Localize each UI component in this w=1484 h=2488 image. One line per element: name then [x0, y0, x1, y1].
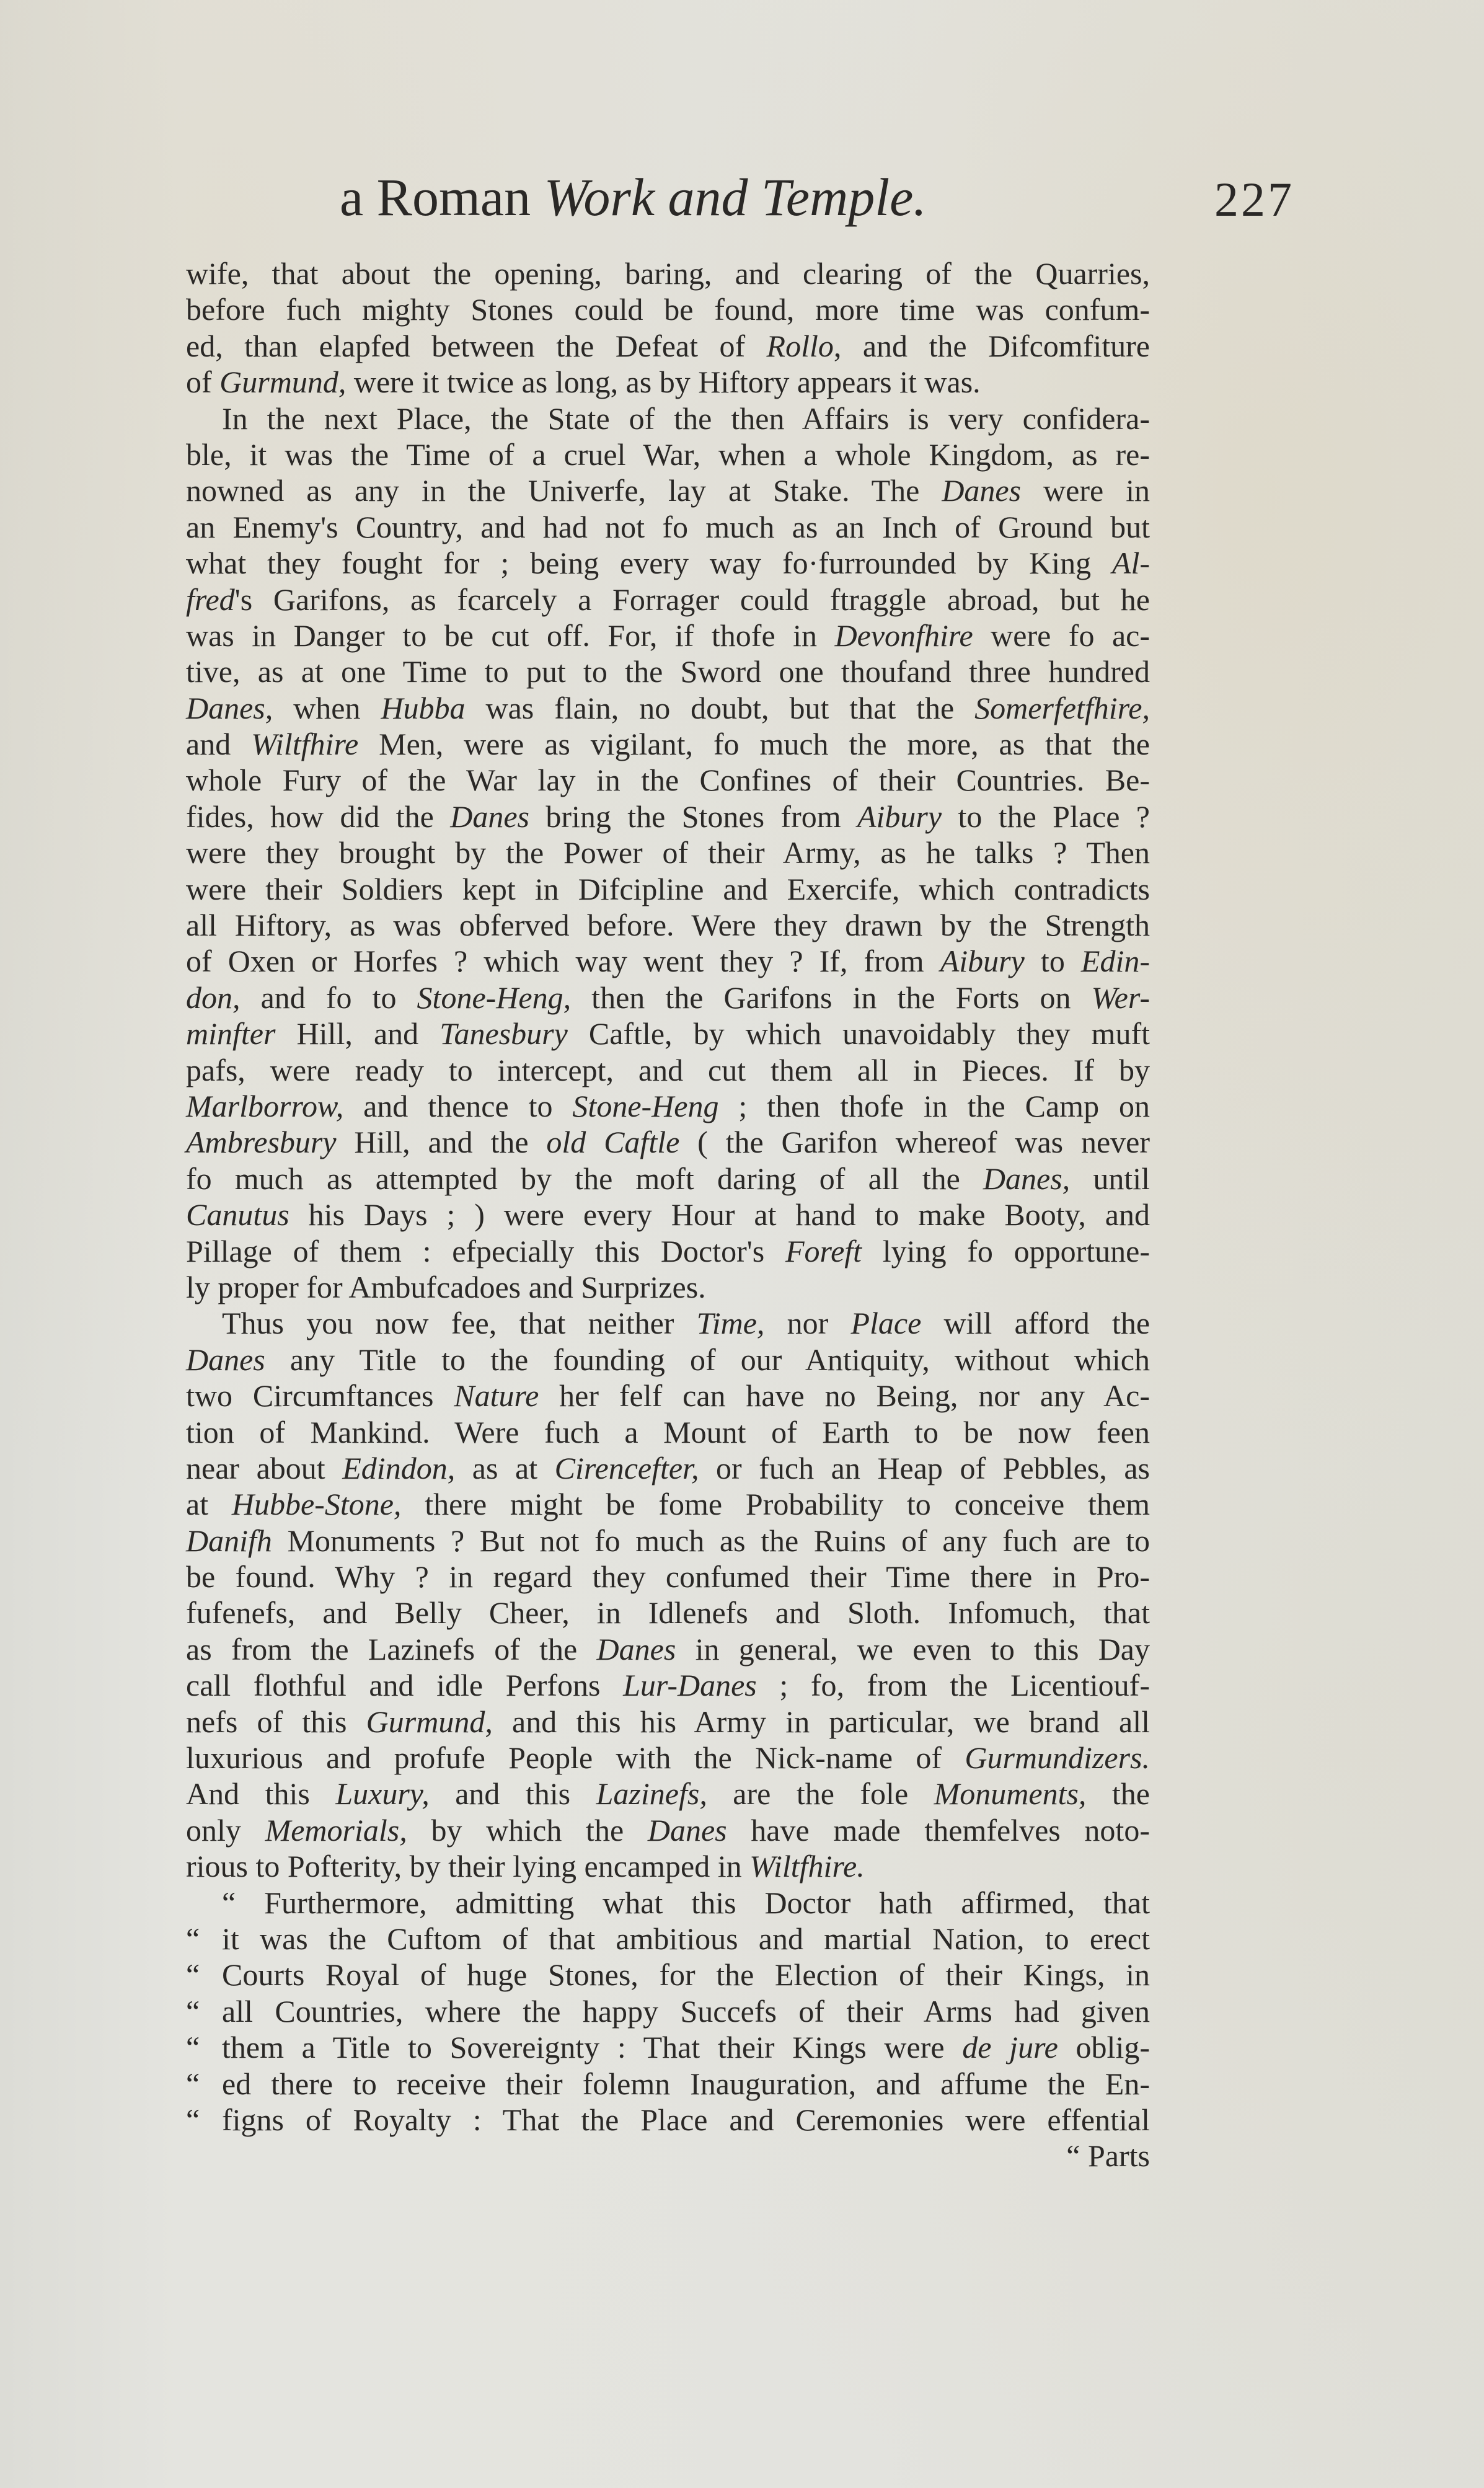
italic-text: old Caftle	[546, 1125, 679, 1159]
italic-text: fred	[186, 582, 235, 617]
text-line: nowned as any in the Univerfe, lay at St…	[186, 472, 1150, 508]
text-line: was in Danger to be cut off. For, if tho…	[186, 618, 1150, 653]
roman-text: the	[1086, 1776, 1150, 1811]
italic-text: Danes	[648, 1813, 727, 1848]
roman-text: oblig-	[1058, 2030, 1150, 2065]
italic-text: Edindon,	[342, 1451, 455, 1485]
italic-text: Edin-	[1081, 944, 1150, 978]
italic-text: don,	[186, 980, 241, 1015]
roman-text: and this	[430, 1776, 596, 1811]
roman-text: Courts Royal of huge Stones, for the Ele…	[222, 1957, 1150, 1992]
quote-mark: “	[186, 1957, 200, 1993]
italic-text: minfter	[186, 1016, 275, 1051]
roman-text: by which the	[407, 1813, 648, 1848]
roman-text: her felf can have no Being, nor any Ac-	[539, 1378, 1150, 1413]
italic-text: Wer-	[1092, 980, 1150, 1015]
roman-text: what they fought for ; being every way f…	[186, 546, 1112, 580]
roman-text: all Hiftory, as was obferved before. Wer…	[186, 908, 1150, 942]
roman-text: and thence to	[343, 1089, 572, 1123]
text-line: “all Countries, where the happy Succefs …	[186, 1993, 1150, 2029]
roman-text: it was the Cuftom of that ambitious and …	[222, 1921, 1150, 1956]
roman-text: In the next Place, the State of the then…	[222, 401, 1150, 436]
text-line: ly proper for Ambufcadoes and Surprizes.	[186, 1269, 1150, 1305]
text-line: Canutus his Days ; ) were every Hour at …	[186, 1197, 1150, 1233]
text-line: fo much as attempted by the moft daring …	[186, 1161, 1150, 1197]
italic-text: Danifh	[186, 1523, 272, 1558]
italic-text: Danes	[450, 799, 529, 834]
italic-text: Tanesbury	[439, 1016, 568, 1051]
roman-text: or fuch an Heap of Pebbles, as	[699, 1451, 1150, 1485]
roman-text: of Oxen or Horfes ? which way went they …	[186, 944, 940, 978]
text-line: Danes any Title to the founding of our A…	[186, 1342, 1150, 1378]
roman-text: , and the Difcomfiture	[834, 329, 1150, 363]
text-line: before fuch mighty Stones could be found…	[186, 291, 1150, 327]
text-line: rious to Pofterity, by their lying encam…	[186, 1848, 1150, 1884]
italic-text: Aibury	[857, 799, 942, 834]
italic-text: Danes	[597, 1632, 676, 1667]
text-line: tion of Mankind. Were fuch a Mount of Ea…	[186, 1414, 1150, 1450]
roman-text: and fo to	[241, 980, 417, 1015]
text-line: Pillage of them : efpecially this Doctor…	[186, 1233, 1150, 1269]
text-line: only Memorials, by which the Danes have …	[186, 1812, 1150, 1848]
quote-mark: “	[186, 1993, 200, 2029]
roman-text: any Title to the founding of our Antiqui…	[265, 1342, 1150, 1377]
italic-text: Wiltfhire	[251, 727, 358, 761]
italic-text: Place	[850, 1306, 921, 1340]
roman-text: tion of Mankind. Were fuch a Mount of Ea…	[186, 1415, 1150, 1450]
roman-text: then the Garifons in the Forts on	[571, 980, 1092, 1015]
roman-text: was flain, no doubt, but that the	[466, 691, 975, 725]
italic-text: de jure	[962, 2030, 1058, 2065]
text-line: “figns of Royalty : That the Place and C…	[186, 2102, 1150, 2138]
italic-text: Marlborrow,	[186, 1089, 343, 1123]
roman-text: all Countries, where the happy Succefs o…	[222, 1994, 1150, 2029]
text-line: “Courts Royal of huge Stones, for the El…	[186, 1957, 1150, 1993]
roman-text: fufenefs, and Belly Cheer, in Idlenefs a…	[186, 1595, 1150, 1630]
italic-text: Danes	[942, 473, 1021, 508]
italic-text: Hubbe-Stone,	[232, 1487, 402, 1521]
roman-text: rious to Pofterity, by their lying encam…	[186, 1849, 749, 1884]
roman-text: near about	[186, 1451, 342, 1485]
text-line: don, and fo to Stone-Heng, then the Gari…	[186, 980, 1150, 1016]
italic-text: Monuments,	[934, 1776, 1087, 1811]
roman-text: nowned as any in the Univerfe, lay at St…	[186, 473, 942, 508]
roman-text: as at	[455, 1451, 554, 1485]
roman-text: be found. Why ? in regard they confumed …	[186, 1559, 1150, 1594]
roman-text: ; then thofe in the Camp on	[718, 1089, 1150, 1123]
roman-text: tive, as at one Time to put to the Sword…	[186, 654, 1150, 689]
italic-text: Danes,	[983, 1161, 1070, 1196]
text-line: all Hiftory, as was obferved before. Wer…	[186, 907, 1150, 943]
text-line: In the next Place, the State of the then…	[186, 401, 1150, 436]
text-line: were they brought by the Power of their …	[186, 834, 1150, 870]
roman-text: to the Place ?	[942, 799, 1150, 834]
italic-text: Gurmundizers.	[965, 1740, 1150, 1775]
text-line: minfter Hill, and Tanesbury Caftle, by w…	[186, 1016, 1150, 1051]
text-line: nefs of this Gurmund, and this his Army …	[186, 1704, 1150, 1740]
italic-text: Foreft	[785, 1234, 862, 1268]
running-title: a Roman Work and Temple.	[340, 166, 927, 228]
page-number: 227	[1214, 169, 1294, 231]
italic-text: Danes,	[186, 691, 273, 725]
roman-text: Caftle, by which unavoidably they muft	[568, 1016, 1150, 1051]
roman-text: to	[1025, 944, 1081, 978]
italic-text: Time,	[697, 1306, 765, 1340]
italic-text: Rollo	[767, 329, 834, 363]
text-line: call flothful and idle Perfons Lur-Danes…	[186, 1667, 1150, 1703]
roman-text: at	[186, 1487, 232, 1521]
text-line: of Oxen or Horfes ? which way went they …	[186, 943, 1150, 979]
roman-text: lying fo opportune-	[862, 1234, 1150, 1268]
text-line: as from the Lazinefs of the Danes in gen…	[186, 1631, 1150, 1667]
italic-text: Somerfetfhire,	[974, 691, 1150, 725]
roman-text: two Circumftances	[186, 1378, 454, 1413]
roman-text: call flothful and idle Perfons	[186, 1668, 623, 1702]
text-line: an Enemy's Country, and had not fo much …	[186, 509, 1150, 545]
roman-text: Hill, and	[275, 1016, 439, 1051]
running-title-roman: a Roman	[340, 167, 544, 227]
roman-text: ; fo, from the Licentiouf-	[757, 1668, 1150, 1702]
text-line: two Circumftances Nature her felf can ha…	[186, 1378, 1150, 1414]
roman-text: 's Garifons, as fcarcely a Forrager coul…	[235, 582, 1150, 617]
roman-text: whole Fury of the War lay in the Confine…	[186, 763, 1150, 797]
roman-text: and this his Army in particular, we bran…	[493, 1704, 1150, 1739]
roman-text: was in Danger to be cut off. For, if tho…	[186, 618, 835, 653]
roman-text: Men, were as vigilant, fo much the more,…	[358, 727, 1150, 761]
roman-text: “ Furthermore, admitting what this Docto…	[222, 1885, 1150, 1920]
text-line: fides, how did the Danes bring the Stone…	[186, 799, 1150, 834]
roman-text: ed, than elapfed between the Defeat of	[186, 329, 767, 363]
roman-text: as from the Lazinefs of the	[186, 1632, 597, 1667]
roman-text: were fo ac-	[973, 618, 1150, 653]
roman-text: when	[273, 691, 381, 725]
roman-text: ble, it was the Time of a cruel War, whe…	[186, 437, 1150, 472]
roman-text: luxurious and profufe People with the Ni…	[186, 1740, 965, 1775]
roman-text: bring the Stones from	[529, 799, 857, 834]
text-line: and Wiltfhire Men, were as vigilant, fo …	[186, 726, 1150, 762]
italic-text: Al-	[1112, 546, 1150, 580]
quote-mark: “	[186, 2102, 200, 2138]
roman-text: nefs of this	[186, 1704, 366, 1739]
roman-text: an Enemy's Country, and had not fo much …	[186, 510, 1150, 544]
text-line: fred's Garifons, as fcarcely a Forrager …	[186, 582, 1150, 618]
roman-text: fides, how did the	[186, 799, 450, 834]
italic-text: Cirencefter,	[555, 1451, 699, 1485]
italic-text: Wiltfhire.	[749, 1849, 865, 1884]
text-line: fufenefs, and Belly Cheer, in Idlenefs a…	[186, 1595, 1150, 1631]
text-line: of Gurmund, were it twice as long, as by…	[186, 364, 1150, 400]
italic-text: Canutus	[186, 1197, 289, 1232]
roman-text: them a Title to Sovereignty : That their…	[222, 2030, 962, 2065]
roman-text: only	[186, 1813, 265, 1848]
text-line: Danes, when Hubba was flain, no doubt, b…	[186, 690, 1150, 726]
roman-text: Thus you now fee, that neither	[222, 1306, 697, 1340]
roman-text: ed there to receive their folemn Inaugur…	[222, 2066, 1150, 2101]
italic-text: Lazinefs,	[596, 1776, 707, 1811]
roman-text: have made themfelves noto-	[727, 1813, 1150, 1848]
italic-text: Lur-Danes	[623, 1668, 757, 1702]
roman-text: nor	[764, 1306, 850, 1340]
roman-text: ( the Garifon whereof was never	[679, 1125, 1150, 1159]
text-line: whole Fury of the War lay in the Confine…	[186, 762, 1150, 798]
italic-text: Aibury	[940, 944, 1025, 978]
text-line: Marlborrow, and thence to Stone-Heng ; t…	[186, 1088, 1150, 1124]
italic-text: Devonfhire	[835, 618, 973, 653]
italic-text: Luxury,	[335, 1776, 429, 1811]
text-line: Thus you now fee, that neither Time, nor…	[186, 1305, 1150, 1341]
text-line: “it was the Cuftom of that ambitious and…	[186, 1921, 1150, 1957]
italic-text: Gurmund,	[219, 365, 346, 399]
text-line: And this Luxury, and this Lazinefs, are …	[186, 1776, 1150, 1812]
text-line: luxurious and profufe People with the Ni…	[186, 1740, 1150, 1776]
italic-text: Memorials,	[265, 1813, 407, 1848]
italic-text: Stone-Heng,	[417, 980, 572, 1015]
roman-text: were it twice as long, as by Hiftory app…	[346, 365, 980, 399]
page-header: a Roman Work and Temple. 227	[340, 166, 1294, 234]
text-line: near about Edindon, as at Cirencefter, o…	[186, 1450, 1150, 1486]
roman-text: fo much as attempted by the moft daring …	[186, 1161, 983, 1196]
italic-text: Hubba	[381, 691, 465, 725]
roman-text: ly proper for Ambufcadoes and Surprizes.	[186, 1270, 706, 1304]
roman-text: And this	[186, 1776, 335, 1811]
quote-mark: “	[186, 1921, 200, 1957]
quote-mark: “	[186, 2066, 200, 2102]
roman-text: were in	[1021, 473, 1150, 508]
text-line: be found. Why ? in regard they confumed …	[186, 1559, 1150, 1595]
roman-text: and	[186, 727, 251, 761]
text-line: ed, than elapfed between the Defeat of R…	[186, 328, 1150, 364]
roman-text: until	[1070, 1161, 1150, 1196]
roman-text: were their Soldiers kept in Difcipline a…	[186, 872, 1150, 906]
body-text: wife, that about the opening, baring, an…	[186, 255, 1150, 2174]
roman-text: Pillage of them : efpecially this Doctor…	[186, 1234, 785, 1268]
running-title-italic: Work and Temple.	[544, 167, 927, 227]
book-page: a Roman Work and Temple. 227 wife, that …	[0, 0, 1484, 2488]
italic-text: Gurmund,	[366, 1704, 493, 1739]
roman-text: pafs, were ready to intercept, and cut t…	[186, 1053, 1150, 1087]
roman-text: were they brought by the Power of their …	[186, 835, 1150, 870]
roman-text: before fuch mighty Stones could be found…	[186, 292, 1150, 327]
text-line: at Hubbe-Stone, there might be fome Prob…	[186, 1486, 1150, 1522]
italic-text: Nature	[454, 1378, 539, 1413]
text-line: what they fought for ; being every way f…	[186, 545, 1150, 581]
roman-text: wife, that about the opening, baring, an…	[186, 256, 1150, 291]
roman-text: in general, we even to this Day	[676, 1632, 1150, 1667]
text-line: Danifh Monuments ? But not fo much as th…	[186, 1523, 1150, 1559]
text-line: “ed there to receive their folemn Inaugu…	[186, 2066, 1150, 2102]
text-line: wife, that about the opening, baring, an…	[186, 255, 1150, 291]
text-line: pafs, were ready to intercept, and cut t…	[186, 1052, 1150, 1088]
roman-text: will afford the	[921, 1306, 1150, 1340]
roman-text: Hill, and the	[337, 1125, 547, 1159]
roman-text: there might be fome Probability to conce…	[401, 1487, 1150, 1521]
text-line: Ambresbury Hill, and the old Caftle ( th…	[186, 1124, 1150, 1160]
roman-text: figns of Royalty : That the Place and Ce…	[222, 2102, 1150, 2137]
text-line: were their Soldiers kept in Difcipline a…	[186, 871, 1150, 907]
text-line: ble, it was the Time of a cruel War, whe…	[186, 436, 1150, 472]
catchword: “ Parts	[186, 2138, 1150, 2174]
roman-text: are the fole	[707, 1776, 934, 1811]
roman-text: Monuments ? But not fo much as the Ruins…	[272, 1523, 1150, 1558]
text-line: “them a Title to Sovereignty : That thei…	[186, 2029, 1150, 2065]
italic-text: Ambresbury	[186, 1125, 337, 1159]
quote-mark: “	[186, 2029, 200, 2065]
italic-text: Danes	[186, 1342, 265, 1377]
text-line: “ Furthermore, admitting what this Docto…	[186, 1885, 1150, 1921]
roman-text: of	[186, 365, 219, 399]
italic-text: Stone-Heng	[572, 1089, 718, 1123]
roman-text: his Days ; ) were every Hour at hand to …	[289, 1197, 1150, 1232]
text-line: tive, as at one Time to put to the Sword…	[186, 653, 1150, 689]
